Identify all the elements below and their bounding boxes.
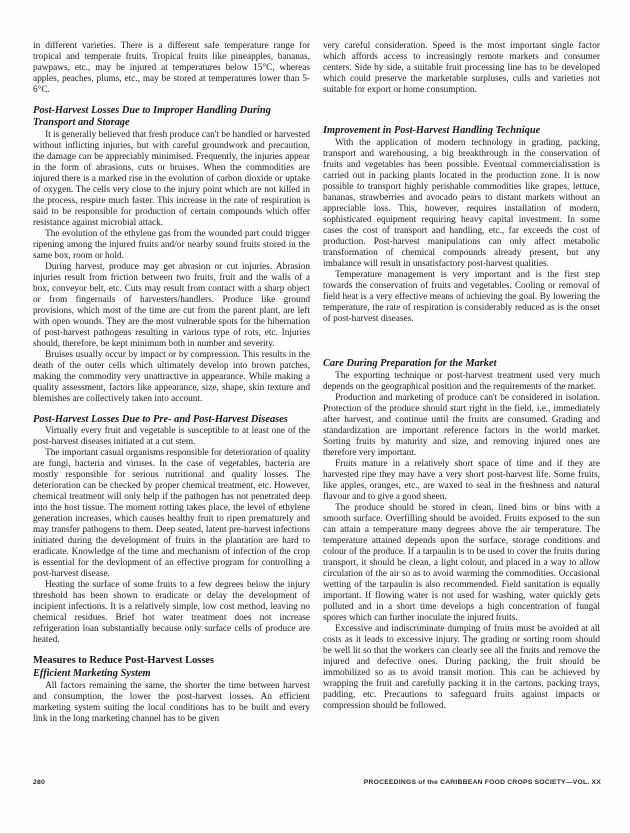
- body-paragraph: The evolution of the ethylene gas from t…: [33, 229, 310, 262]
- section-heading-improper-handling: Post-Harvest Losses Due to Improper Hand…: [33, 105, 310, 129]
- body-paragraph: in different varieties. There is a diffe…: [33, 41, 310, 96]
- right-column: very careful consideration. Speed is the…: [323, 41, 600, 725]
- body-paragraph: The important casual organisms responsib…: [33, 448, 310, 580]
- body-paragraph: The produce should be stored in clean, l…: [323, 503, 600, 624]
- page-number: 280: [33, 777, 45, 788]
- body-paragraph: very careful consideration. Speed is the…: [323, 41, 600, 96]
- section-heading-handling-technique: Improvement in Post-Harvest Handling Tec…: [323, 125, 600, 137]
- subsection-heading-marketing-system: Efficient Marketing System: [33, 668, 310, 680]
- body-paragraph: Fruits mature in a relatively short spac…: [323, 459, 600, 503]
- section-heading-care-preparation: Care During Preparation for the Market: [323, 358, 600, 370]
- body-paragraph: Production and marketing of produce can'…: [323, 393, 600, 459]
- document-page: in different varieties. There is a diffe…: [0, 0, 630, 833]
- body-paragraph: With the application of modern technolog…: [323, 138, 600, 270]
- page-footer: 280 PROCEEDINGS of the CARIBBEAN FOOD CR…: [33, 777, 601, 788]
- section-heading-measures: Measures to Reduce Post-Harvest Losses: [33, 655, 310, 667]
- body-paragraph: Virtually every fruit and vegetable is s…: [33, 426, 310, 448]
- body-paragraph: Heating the surface of some fruits to a …: [33, 580, 310, 646]
- body-paragraph: Bruises usually occur by impact or by co…: [33, 350, 310, 405]
- body-paragraph: The exporting technique or post-harvest …: [323, 371, 600, 393]
- body-paragraph: Temperature management is very important…: [323, 270, 600, 325]
- body-paragraph: Excessive and indiscriminate dumping of …: [323, 624, 600, 712]
- journal-title: PROCEEDINGS of the CARIBBEAN FOOD CROPS …: [364, 777, 601, 788]
- section-heading-diseases: Post-Harvest Losses Due to Pre- and Post…: [33, 414, 310, 426]
- body-paragraph: During harvest, produce may get abrasion…: [33, 262, 310, 350]
- body-paragraph: All factors remaining the same, the shor…: [33, 681, 310, 725]
- left-column: in different varieties. There is a diffe…: [33, 41, 310, 725]
- body-paragraph: It is generally believed that fresh prod…: [33, 130, 310, 229]
- two-column-text: in different varieties. There is a diffe…: [33, 41, 601, 725]
